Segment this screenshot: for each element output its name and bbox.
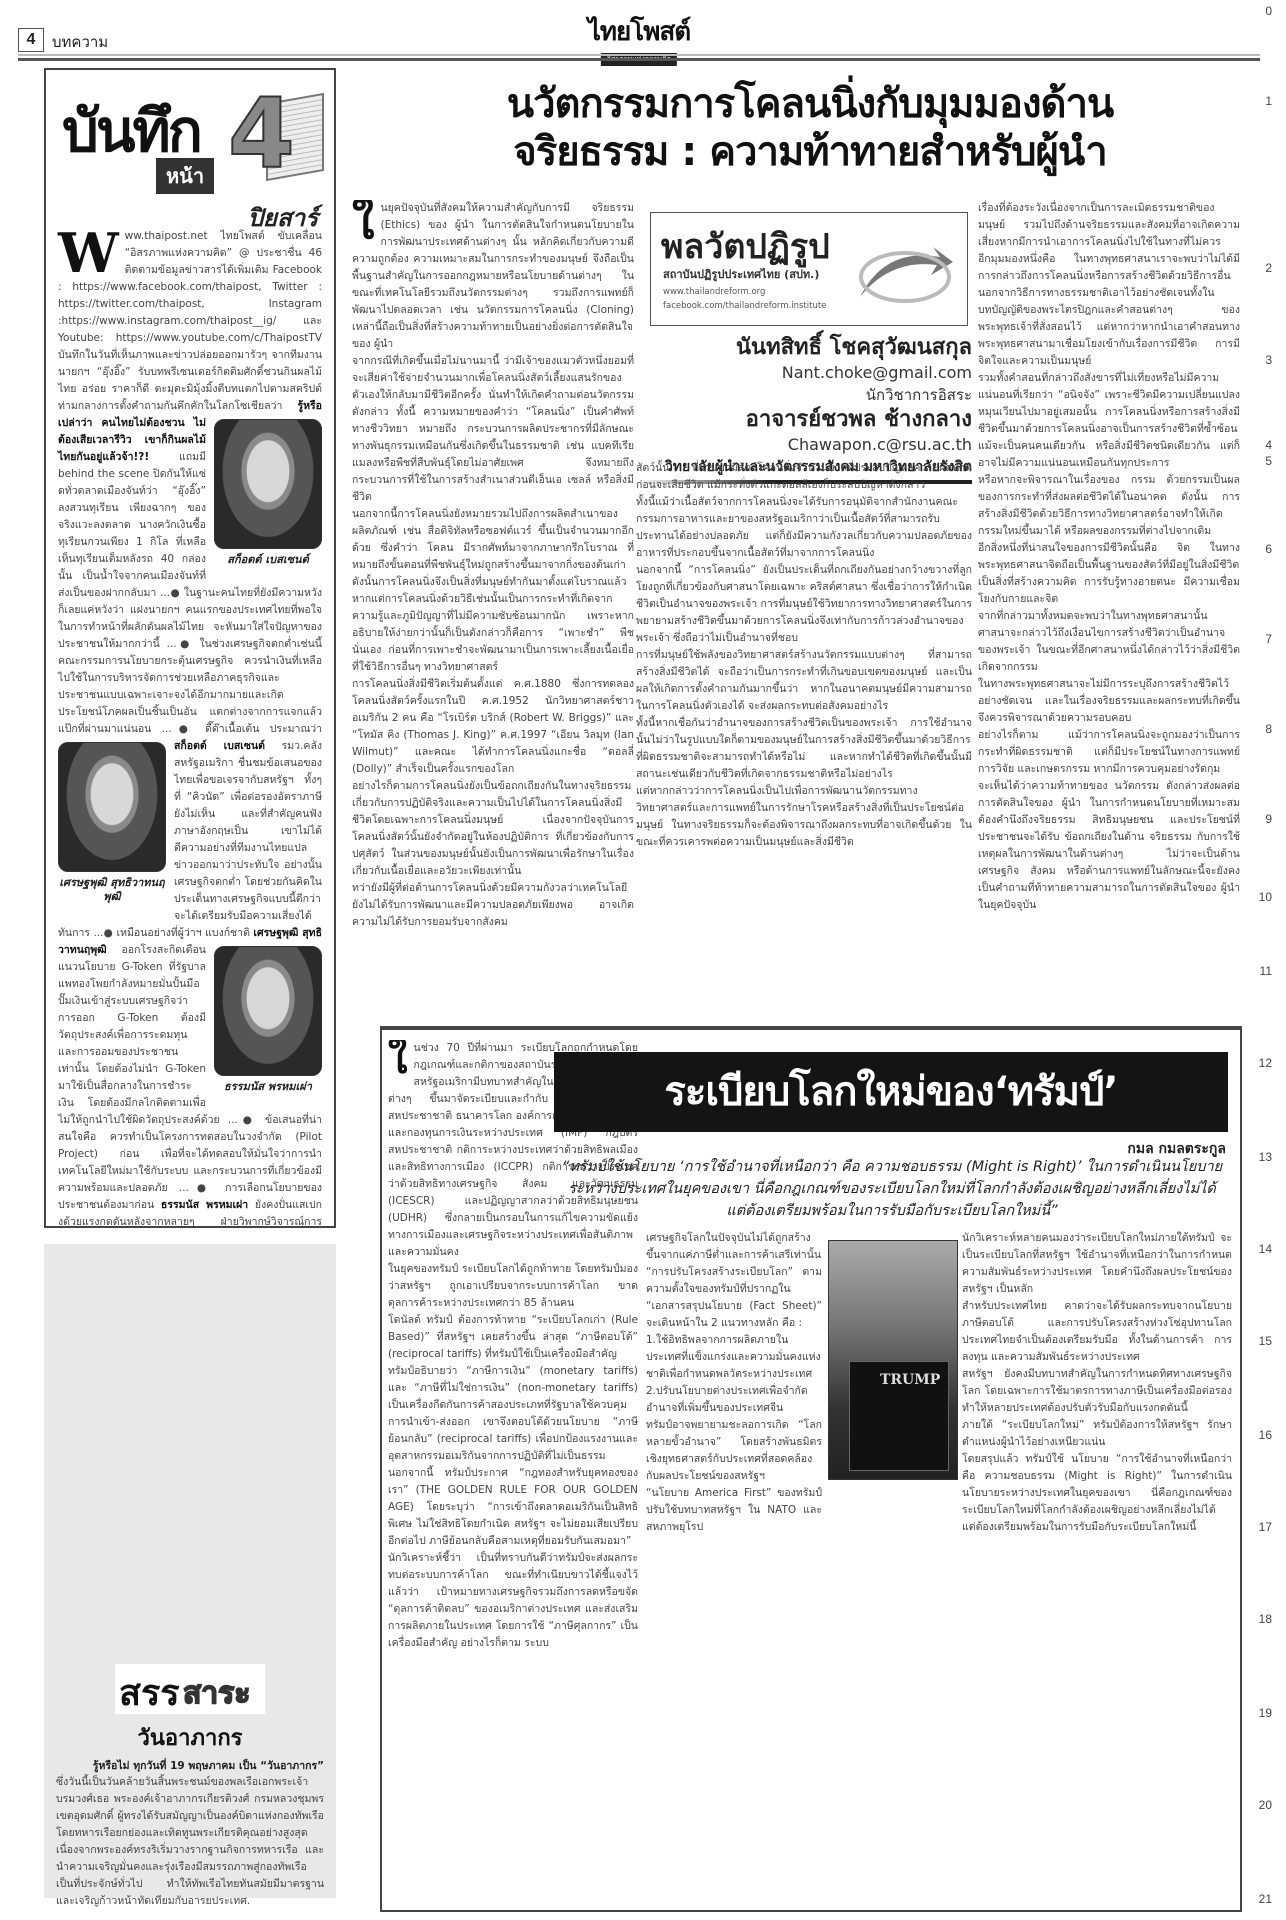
dropcap: ใ xyxy=(388,1040,408,1080)
line-number: 11 xyxy=(1260,964,1272,978)
srr-logo-text: สาระ xyxy=(183,1670,250,1717)
dropcap: ใ xyxy=(352,200,374,244)
line-number: 20 xyxy=(1259,1798,1272,1812)
book-image: TRUMP xyxy=(849,1361,949,1471)
article1-column-2: สัตว์นั้น ที่ผ่านมามีสัตว์โคลนนิ่งจำนวนม… xyxy=(636,460,972,990)
column-body: W ww.thaipost.net ไทยโพสต์ ขับเคลื่อน “อ… xyxy=(58,228,322,1228)
article2-text: นช่วง 70 ปีที่ผ่านมา ระเบียบโลกถูกกำหนดโ… xyxy=(388,1042,638,1649)
photo-setthaput: เศรษฐพุฒิ สุทธิวาทนฤพุฒิ xyxy=(58,742,166,904)
article1-text: นยุคปัจจุบันที่สังคมให้ความสำคัญกับการมี… xyxy=(352,202,634,928)
highlight-text: สก็อตต์ เบสเซนต์ xyxy=(174,740,265,752)
line-number: 21 xyxy=(1259,1892,1272,1906)
dropcap: W xyxy=(58,230,119,276)
masthead-name: ไทยโพสต์ xyxy=(588,18,690,46)
line-number: 10 xyxy=(1259,890,1272,904)
reform-institute-banner: พลวัตปฏิรูป สถาบันปฏิรูปประเทศไทย (สปท.)… xyxy=(650,212,968,326)
line-number: 12 xyxy=(1259,1056,1272,1070)
photo-caption: เศรษฐพุฒิ สุทธิวาทนฤพุฒิ xyxy=(58,876,166,904)
author-name: นันทสิทธิ์ โชคสุวัฒนสกุล xyxy=(636,334,972,362)
photo-caption: ธรรมนัส พรหมเผ่า xyxy=(214,1080,322,1094)
article2-text: นักวิเคราะห์หลายคนมองว่าระเบียบโลกใหม่ภา… xyxy=(962,1232,1232,1533)
header-divider xyxy=(18,58,1260,61)
page-header: 4 บทความ ไทยโพสต์ อิสรภาพแห่งความคิด xyxy=(18,18,1260,58)
line-number: 2 xyxy=(1265,261,1272,275)
article1-text: เรื่องที่ต้องระวังเนื่องจากเป็นการละเมิด… xyxy=(978,202,1240,911)
srr-sara-box: สรร สาระ วันอาภากร รู้หรือไม่ ทุกวันที่ … xyxy=(44,1244,336,1898)
line-number: 6 xyxy=(1265,542,1272,556)
portrait-image xyxy=(58,742,166,872)
srr-logo-text: สรร xyxy=(119,1664,180,1721)
header-divider-thin xyxy=(18,54,1260,56)
article2-column-2: เศรษฐกิจโลกในปัจจุบันไม่ได้ถูกสร้างขึ้นจ… xyxy=(646,1230,822,1910)
author-name: อาจารย์ชวพล ช้างกลาง xyxy=(636,406,972,434)
portrait-image xyxy=(214,946,322,1076)
line-number: 14 xyxy=(1259,1242,1272,1256)
article2-text: เศรษฐกิจโลกในปัจจุบันไม่ได้ถูกสร้างขึ้นจ… xyxy=(646,1232,822,1533)
line-number: 0 xyxy=(1265,4,1272,18)
column-logo: บันทึก 4 หน้า ปิยสาร์ xyxy=(58,78,322,228)
srr-lead: รู้หรือไม่ ทุกวันที่ 19 พฤษภาคม เป็น “วั… xyxy=(56,1757,324,1774)
headline-line: นวัตกรรมการโคลนนิ่งกับมุมมองด้าน xyxy=(380,80,1240,128)
page-number: 4 xyxy=(18,28,44,52)
line-number: 3 xyxy=(1265,353,1272,367)
highlight-text: ธรรมนัส พรหมเผ่า xyxy=(161,1199,248,1211)
line-number-gutter: 0 1 2 3 4 5 6 7 8 9 10 11 12 13 14 15 16… xyxy=(1250,0,1286,1920)
book-title: TRUMP xyxy=(880,1372,940,1388)
article2-box: ใ นช่วง 70 ปีที่ผ่านมา ระเบียบโลกถูกกำหน… xyxy=(380,1026,1242,1912)
line-number: 16 xyxy=(1259,1428,1272,1442)
line-number: 7 xyxy=(1265,632,1272,646)
srr-title: วันอาภากร xyxy=(56,1720,324,1755)
article1-column-3: เรื่องที่ต้องระวังเนื่องจากเป็นการละเมิด… xyxy=(978,200,1240,990)
line-number: 1 xyxy=(1265,94,1272,108)
column-bantuk-na-4: บันทึก 4 หน้า ปิยสาร์ W ww.thaipost.net … xyxy=(44,68,336,1228)
photo-thammanat: ธรรมนัส พรหมเผ่า xyxy=(214,946,322,1094)
author-role: นักวิชาการอิสระ xyxy=(636,384,972,406)
reform-facebook-link[interactable]: facebook.com/thailandreform.institute xyxy=(663,301,826,311)
line-number: 8 xyxy=(1265,722,1272,736)
arrow-swoosh-icon xyxy=(855,237,955,307)
line-number: 19 xyxy=(1259,1706,1272,1720)
headline-line: จริยธรรม : ความท้าทายสำหรับผู้นำ xyxy=(380,128,1240,176)
author-email[interactable]: Nant.choke@gmail.com xyxy=(636,362,972,384)
column-number: 4 xyxy=(228,78,295,190)
reform-website-link[interactable]: www.thailandreform.org xyxy=(663,287,765,297)
article2-column-3: นักวิเคราะห์หลายคนมองว่าระเบียบโลกใหม่ภา… xyxy=(962,1230,1232,1910)
line-number: 15 xyxy=(1259,1334,1272,1348)
line-number: 18 xyxy=(1259,1612,1272,1626)
line-number: 4 xyxy=(1265,438,1272,452)
line-number: 17 xyxy=(1259,1520,1272,1534)
photo-bessent: สก็อตต์ เบสเซนต์ xyxy=(214,419,322,567)
pen-name: ปิยสาร์ xyxy=(248,198,318,237)
article1-column-1: ใ นยุคปัจจุบันที่สังคมให้ความสำคัญกับการ… xyxy=(352,200,634,990)
srr-body: ซึ่งวันนี้เป็นวันคล้ายวันสิ้นพระชนม์ของพ… xyxy=(56,1774,324,1910)
line-number: 5 xyxy=(1265,454,1272,468)
portrait-image xyxy=(214,419,322,549)
article1-text: สัตว์นั้น ที่ผ่านมามีสัตว์โคลนนิ่งจำนวนม… xyxy=(636,462,972,848)
line-number: 9 xyxy=(1265,812,1272,826)
line-number: 13 xyxy=(1259,1150,1272,1164)
article1-headline: นวัตกรรมการโคลนนิ่งกับมุมมองด้าน จริยธรร… xyxy=(380,80,1240,176)
srr-logo: สรร สาระ xyxy=(115,1664,265,1714)
xi-laughing-photo: TRUMP xyxy=(828,1240,958,1480)
article2-headline: ระเบียบโลกใหม่ของ‘ทรัมป์’ xyxy=(554,1052,1228,1132)
reform-subtitle: สถาบันปฏิรูปประเทศไทย (สปท.) xyxy=(663,265,819,283)
photo-caption: สก็อตต์ เบสเซนต์ xyxy=(214,553,322,567)
author-email[interactable]: Chawapon.c@rsu.ac.th xyxy=(636,434,972,456)
article2-pull-quote: “ทรัมป์ใช้นโยบาย ‘การใช้อำนาจที่เหนือกว่… xyxy=(560,1156,1224,1222)
section-label: บทความ xyxy=(52,30,108,54)
column-subtitle: หน้า xyxy=(156,158,214,194)
